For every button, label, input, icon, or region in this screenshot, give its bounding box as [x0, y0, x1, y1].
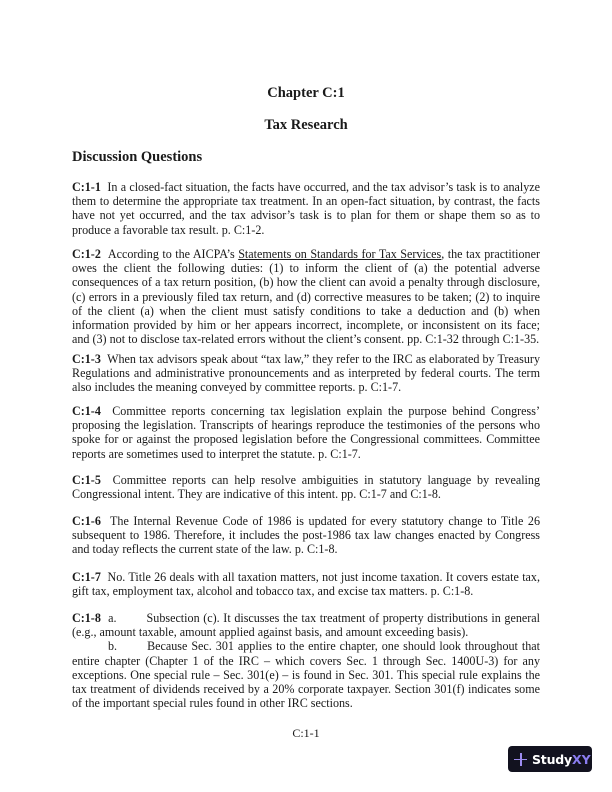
- question-id: C:1-8: [72, 611, 101, 625]
- question-text-before: According to the AICPA’s: [108, 247, 238, 261]
- question-id: C:1-7: [72, 570, 101, 584]
- document-page: Chapter C:1 Tax Research Discussion Ques…: [0, 0, 612, 792]
- question-c1-2: C:1-2 According to the AICPA’s Statement…: [72, 247, 540, 346]
- question-id: C:1-5: [72, 473, 101, 487]
- question-c1-1: C:1-1 In a closed-fact situation, the fa…: [72, 180, 540, 237]
- plus-icon: [514, 753, 527, 766]
- question-c1-6: C:1-6 The Internal Revenue Code of 1986 …: [72, 514, 540, 557]
- question-id: C:1-1: [72, 180, 101, 194]
- page-number: C:1-1: [0, 726, 612, 741]
- question-id: C:1-3: [72, 352, 101, 366]
- question-text: When tax advisors speak about “tax law,”…: [72, 352, 540, 394]
- studyxy-watermark-badge[interactable]: StudyXY: [508, 746, 592, 772]
- question-c1-7: C:1-7 No. Title 26 deals with all taxati…: [72, 570, 540, 598]
- question-c1-4: C:1-4 Committee reports concerning tax l…: [72, 404, 540, 461]
- part-b-text: Because Sec. 301 applies to the entire c…: [72, 639, 540, 710]
- brand-name: Study: [532, 752, 572, 767]
- question-text: The Internal Revenue Code of 1986 is upd…: [72, 514, 540, 556]
- chapter-title: Chapter C:1: [0, 85, 612, 102]
- brand-accent: XY: [572, 752, 591, 767]
- question-c1-5: C:1-5 Committee reports can help resolve…: [72, 473, 540, 501]
- section-heading: Discussion Questions: [72, 149, 202, 166]
- question-id: C:1-4: [72, 404, 101, 418]
- question-c1-8: C:1-8 a.Subsection (c). It discusses the…: [72, 611, 540, 710]
- question-text: Committee reports can help resolve ambig…: [72, 473, 540, 501]
- question-text: Committee reports concerning tax legisla…: [72, 404, 540, 461]
- question-text-after: , the tax practitioner owes the client t…: [72, 247, 540, 346]
- chapter-subtitle: Tax Research: [0, 117, 612, 134]
- question-id: C:1-2: [72, 247, 101, 261]
- underlined-title: Statements on Standards for Tax Services: [238, 247, 441, 261]
- question-c1-3: C:1-3 When tax advisors speak about “tax…: [72, 352, 540, 395]
- question-id: C:1-6: [72, 514, 101, 528]
- question-text: No. Title 26 deals with all taxation mat…: [72, 570, 540, 598]
- question-text: In a closed-fact situation, the facts ha…: [72, 180, 540, 237]
- part-a-label: a.: [108, 611, 116, 625]
- part-b-label: b.: [108, 639, 117, 653]
- part-a-text: Subsection (c). It discusses the tax tre…: [72, 611, 540, 639]
